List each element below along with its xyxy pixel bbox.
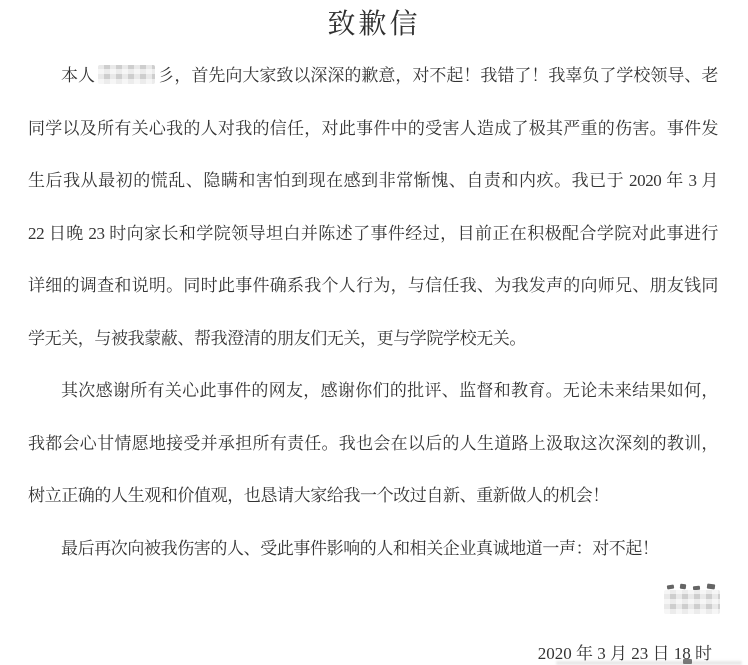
cropped-next-line-artifact — [556, 661, 742, 665]
body-line-8: 我都会心甘情愿地接受并承担所有责任。我也会在以后的人生道路上汲取这次深刻的教训， — [28, 418, 718, 471]
signature-row — [0, 581, 748, 617]
signature-stroke-remnant — [667, 585, 674, 590]
line1-partial-char: 彡 — [157, 66, 174, 85]
body-line-10: 最后再次向被我伤害的人、受此事件影响的人和相关企业真诚地道一声：对不起！ — [28, 523, 718, 576]
letter-title: 致歉信 — [0, 0, 748, 42]
line1-prefix: 本人 — [61, 66, 95, 85]
signature-stroke-remnant — [680, 584, 686, 590]
body-line-3: 生后我从最初的慌乱、隐瞒和害怕到现在感到非常惭愧、自责和内疚。我已于 2020 … — [28, 155, 718, 208]
masked-signature-mosaic — [664, 590, 720, 614]
body-line-6: 学无关，与被我蒙蔽、帮我澄清的朋友们无关，更与学院学校无关。 — [28, 313, 718, 366]
body-line-1: 本人彡，首先向大家致以深深的歉意，对不起！我错了！我辜负了学校领导、老师、 — [28, 50, 718, 103]
body-line-7: 其次感谢所有关心此事件的网友，感谢你们的批评、监督和教育。无论未来结果如何， — [28, 365, 718, 418]
apology-letter-page: 致歉信 本人彡，首先向大家致以深深的歉意，对不起！我错了！我辜负了学校领导、老师… — [0, 0, 748, 665]
body-line-9: 树立正确的人生观和价值观，也恳请大家给我一个改过自新、重新做人的机会！ — [28, 470, 718, 523]
body-line-2: 同学以及所有关心我的人对我的信任，对此事件中的受害人造成了极其严重的伤害。事件发 — [28, 103, 718, 156]
body-line-4: 22 日晚 23 时向家长和学院领导坦白并陈述了事件经过，目前正在积极配合学院对… — [28, 208, 718, 261]
signature-stroke-remnant — [707, 584, 716, 590]
masked-name-mosaic — [98, 65, 155, 84]
cropped-next-line-artifact — [683, 659, 692, 664]
letter-body: 本人彡，首先向大家致以深深的歉意，对不起！我错了！我辜负了学校领导、老师、 同学… — [0, 42, 748, 575]
body-line-5: 详细的调查和说明。同时此事件确系我个人行为，与信任我、为我发声的向师兄、朋友钱同 — [28, 260, 718, 313]
